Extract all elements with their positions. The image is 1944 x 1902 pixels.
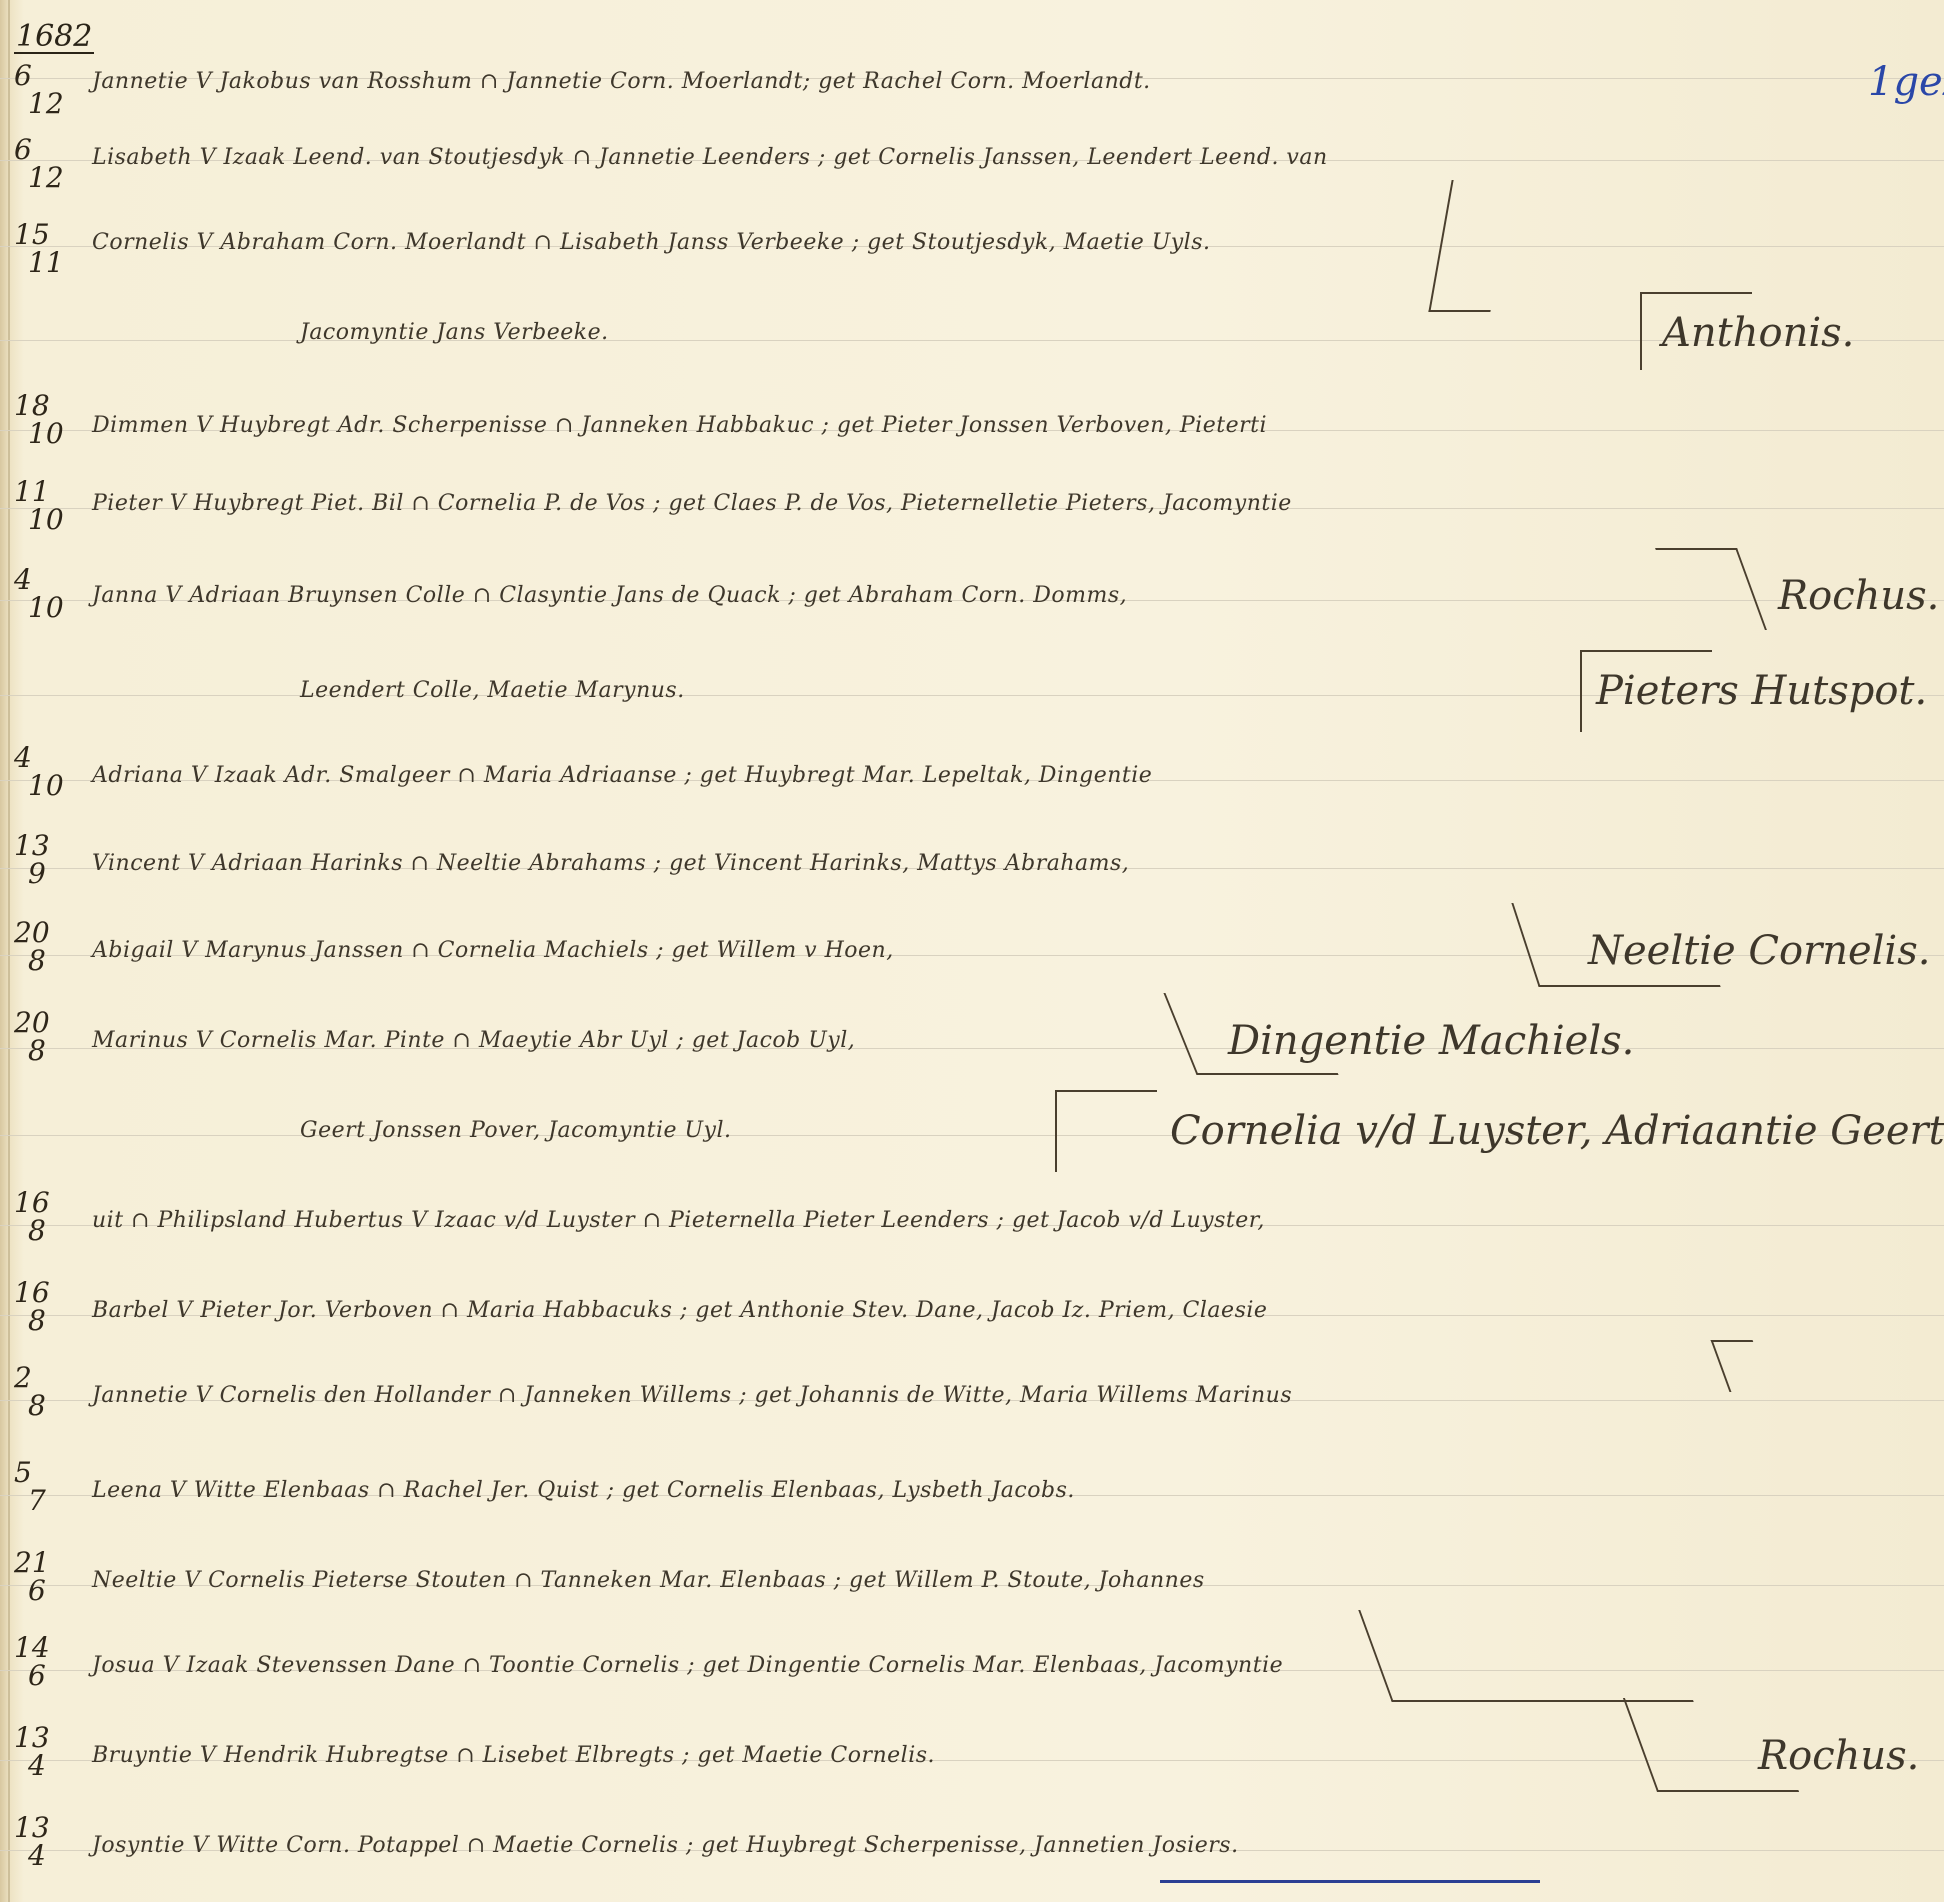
register-entry: 20 8 Abigail V Marynus Janssen ∩ Corneli… (0, 925, 1944, 985)
register-page: 1682 6 12 Jannetie V Jakobus van Rosshum… (0, 0, 1944, 1902)
entry-date: 16 8 (14, 1189, 84, 1245)
bracket-line (1428, 180, 1513, 312)
entry-text: Neeltie V Cornelis Pieterse Stouten ∩ Ta… (92, 1559, 1932, 1603)
register-entry: 4 10 Janna V Adriaan Bruynsen Colle ∩ Cl… (0, 570, 1944, 630)
entry-date: 21 6 (14, 1549, 84, 1605)
entry-text: uit ∩ Philipsland Hubertus V Izaac v/d L… (92, 1199, 1932, 1243)
register-entry: 13 4 Josyntie V Witte Corn. Potappel ∩ M… (0, 1820, 1944, 1880)
entry-right-text: Neeltie Cornelis. (1588, 929, 1930, 973)
entry-date: 13 4 (14, 1814, 84, 1870)
annotation-note: 1gez (1868, 60, 1944, 104)
entry-date: 16 8 (14, 1279, 84, 1335)
entry-right-text: Rochus. (1778, 574, 1939, 618)
register-entry: 4 10 Adriana V Izaak Adr. Smalgeer ∩ Mar… (0, 750, 1944, 810)
entry-text: Jannetie V Jakobus van Rosshum ∩ Janneti… (92, 60, 1932, 104)
entry-date: 4 10 (14, 566, 84, 622)
entry-text: Bruyntie V Hendrik Hubregtse ∩ Lisebet E… (92, 1734, 1932, 1778)
entry-date: 6 12 (14, 62, 84, 118)
register-entry: 20 8 Marinus V Cornelis Mar. Pinte ∩ Mae… (0, 1015, 1944, 1075)
entry-text: Dimmen V Huybregt Adr. Scherpenisse ∩ Ja… (92, 404, 1932, 448)
register-entry-continuation: Geert Jonssen Pover, Jacomyntie Uyl. Cor… (0, 1105, 1944, 1165)
entry-date: 15 11 (14, 221, 84, 277)
blue-underline (1160, 1880, 1540, 1883)
entry-date: 14 6 (14, 1634, 84, 1690)
entry-text: Josua V Izaak Stevenssen Dane ∩ Toontie … (92, 1644, 1932, 1688)
entry-text: Josyntie V Witte Corn. Potappel ∩ Maetie… (92, 1824, 1932, 1868)
entry-date: 4 10 (14, 744, 84, 800)
entry-text: Vincent V Adriaan Harinks ∩ Neeltie Abra… (92, 842, 1932, 886)
register-entry: 16 8 uit ∩ Philipsland Hubertus V Izaac … (0, 1195, 1944, 1255)
entry-right-text: Dingentie Machiels. (1228, 1019, 1634, 1063)
register-entry: 6 12 Jannetie V Jakobus van Rosshum ∩ Ja… (0, 48, 1944, 108)
entry-date: 13 9 (14, 832, 84, 888)
register-entry: 18 10 Dimmen V Huybregt Adr. Scherpeniss… (0, 400, 1944, 460)
bracket-line (1055, 1090, 1157, 1172)
bracket-line (1640, 292, 1752, 370)
entry-text: Lisabeth V Izaak Leend. van Stoutjesdyk … (92, 136, 1932, 180)
entry-text: Marinus V Cornelis Mar. Pinte ∩ Maeytie … (92, 1019, 1932, 1063)
entry-right-text: Cornelia v/d Luyster, Adriaantie Geerts. (1170, 1109, 1944, 1153)
register-entry: 15 11 Cornelis V Abraham Corn. Moerlandt… (0, 215, 1944, 275)
entry-date: 20 8 (14, 919, 84, 975)
register-entry: 13 9 Vincent V Adriaan Harinks ∩ Neeltie… (0, 838, 1944, 898)
entry-text: Jannetie V Cornelis den Hollander ∩ Jann… (92, 1374, 1932, 1418)
register-entry: 13 4 Bruyntie V Hendrik Hubregtse ∩ Lise… (0, 1730, 1944, 1790)
entry-right-text: Rochus. (1758, 1734, 1919, 1778)
entry-date: 20 8 (14, 1009, 84, 1065)
entry-date: 13 4 (14, 1724, 84, 1780)
register-entry: 11 10 Pieter V Huybregt Piet. Bil ∩ Corn… (0, 478, 1944, 538)
register-entry: 21 6 Neeltie V Cornelis Pieterse Stouten… (0, 1555, 1944, 1615)
entry-text: Leena V Witte Elenbaas ∩ Rachel Jer. Qui… (92, 1469, 1932, 1513)
register-entry: 14 6 Josua V Izaak Stevenssen Dane ∩ Too… (0, 1640, 1944, 1700)
register-entry: 2 8 Jannetie V Cornelis den Hollander ∩ … (0, 1370, 1944, 1430)
entry-text: Adriana V Izaak Adr. Smalgeer ∩ Maria Ad… (92, 754, 1932, 798)
entry-date: 18 10 (14, 392, 84, 448)
entry-text: Barbel V Pieter Jor. Verboven ∩ Maria Ha… (92, 1289, 1932, 1333)
entry-date: 5 7 (14, 1459, 84, 1515)
bracket-line (1580, 650, 1712, 732)
entry-date: 11 10 (14, 478, 84, 534)
entry-text: Cornelis V Abraham Corn. Moerlandt ∩ Lis… (92, 221, 1932, 265)
entry-text: Janna V Adriaan Bruynsen Colle ∩ Clasynt… (92, 574, 1932, 618)
entry-date: 2 8 (14, 1364, 84, 1420)
register-entry: 16 8 Barbel V Pieter Jor. Verboven ∩ Mar… (0, 1285, 1944, 1345)
entry-date: 6 12 (14, 136, 84, 192)
register-entry: 5 7 Leena V Witte Elenbaas ∩ Rachel Jer.… (0, 1465, 1944, 1525)
entry-text: Pieter V Huybregt Piet. Bil ∩ Cornelia P… (92, 482, 1932, 526)
register-entry: 6 12 Lisabeth V Izaak Leend. van Stoutje… (0, 130, 1944, 190)
